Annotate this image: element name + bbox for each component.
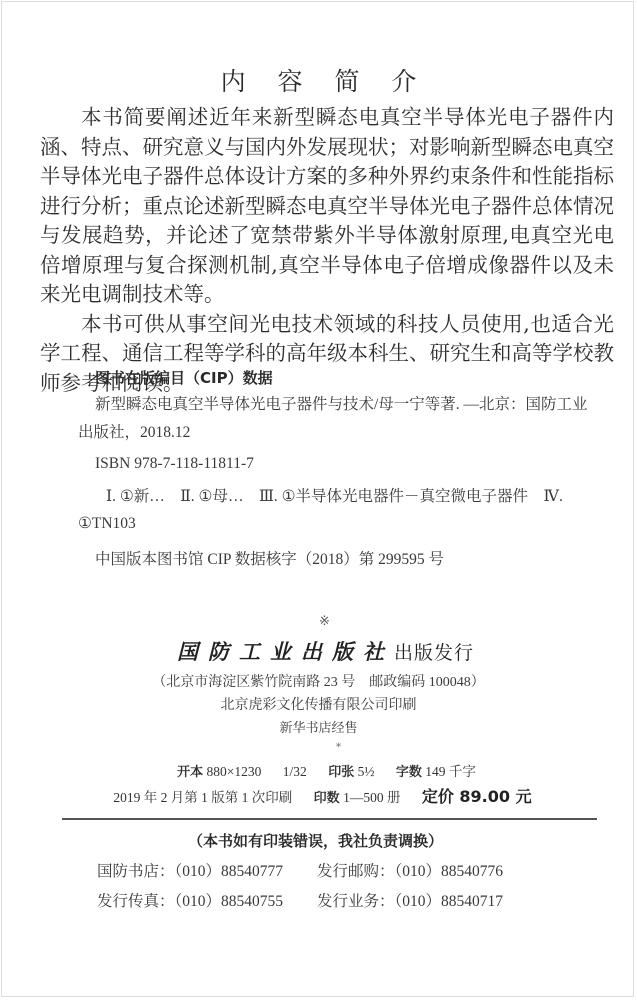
- words-label: 字数: [396, 765, 422, 780]
- format-fraction: 1/32: [283, 764, 307, 779]
- contact-label: 发行传真：: [97, 893, 175, 910]
- intro-paragraph: 本书简要阐述近年来新型瞬态电真空半导体光电子器件内涵、特点、研究意义与国内外发展…: [40, 103, 614, 310]
- contact-phone: （010）88540755: [175, 893, 284, 910]
- contact-row: 发行传真：（010）88540755 发行业务：（010）88540717: [97, 887, 537, 917]
- cip-classification: Ⅰ. ①新… Ⅱ. ①母… Ⅲ. ①半导体光电器件－真空微电子器件 Ⅳ. ①TN…: [78, 483, 598, 537]
- contact-label: 发行业务：: [317, 893, 395, 910]
- publisher-name: 国防工业出版社: [177, 639, 394, 664]
- contact-item: 发行业务：（010）88540717: [317, 887, 537, 917]
- reference-mark: ※: [0, 614, 637, 629]
- contact-table: 国防书店：（010）88540777 发行邮购：（010）88540776 发行…: [97, 857, 537, 917]
- print-run-label: 印数: [314, 791, 340, 806]
- cip-data-block: 图书在版编目（CIP）数据 新型瞬态电真空半导体光电子器件与技术/母一宁等著. …: [78, 365, 598, 573]
- isbn: ISBN 978-7-118-11811-7: [95, 451, 598, 477]
- contact-row: 国防书店：（010）88540777 发行邮购：（010）88540776: [97, 857, 537, 887]
- cip-entry: 新型瞬态电真空半导体光电子器件与技术/母一宁等著. —北京：国防工业出版社，20…: [78, 391, 598, 447]
- sheets-value: 5½: [358, 764, 375, 779]
- contact-phone: （010）88540777: [175, 863, 284, 880]
- contact-item: 国防书店：（010）88540777: [97, 857, 317, 887]
- contact-phone: （010）88540717: [395, 893, 504, 910]
- edition-info: 2019 年 2 月第 1 版第 1 次印刷 印数 1—500 册 定价 89.…: [0, 784, 637, 807]
- distributor: 新华书店经售: [0, 717, 637, 736]
- replacement-notice: （本书如有印装错误，我社负责调换）: [0, 830, 637, 851]
- format-label: 开本: [177, 765, 203, 780]
- sheets-label: 印张: [328, 765, 354, 780]
- page-title: 内 容 简 介: [0, 62, 637, 98]
- divider-line: [62, 818, 597, 820]
- publisher-suffix: 出版发行: [394, 642, 474, 664]
- print-run-value: 1—500 册: [343, 790, 400, 805]
- dot-mark: *: [0, 742, 637, 753]
- contact-label: 发行邮购：: [317, 863, 395, 880]
- cip-record-number: 中国版本图书馆 CIP 数据核字（2018）第 299595 号: [95, 547, 598, 573]
- book-introduction: 本书简要阐述近年来新型瞬态电真空半导体光电子器件内涵、特点、研究意义与国内外发展…: [40, 103, 614, 398]
- format-value: 880×1230: [207, 764, 262, 779]
- contact-phone: （010）88540776: [395, 863, 504, 880]
- edition-text: 2019 年 2 月第 1 版第 1 次印刷: [113, 790, 292, 805]
- book-specs: 开本 880×1230 1/32 印张 5½ 字数 149 千字: [0, 760, 637, 780]
- publisher-line: 国防工业出版社出版发行: [0, 636, 637, 666]
- contact-label: 国防书店：: [97, 863, 175, 880]
- price: 定价 89.00 元: [422, 787, 532, 806]
- words-value: 149 千字: [425, 764, 476, 779]
- contact-item: 发行传真：（010）88540755: [97, 887, 317, 917]
- publisher-address: （北京市海淀区紫竹院南路 23 号 邮政编码 100048）: [0, 671, 637, 691]
- cip-heading: 图书在版编目（CIP）数据: [95, 365, 598, 391]
- printer: 北京虎彩文化传播有限公司印刷: [0, 694, 637, 714]
- contact-item: 发行邮购：（010）88540776: [317, 857, 537, 887]
